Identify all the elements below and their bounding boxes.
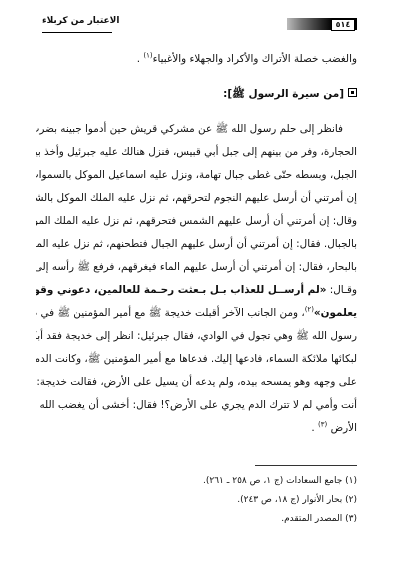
final-text: الأرض — [331, 422, 357, 434]
text-line: بالبحار، فقال: إن أمرتني أن أرسل عليهم ا… — [36, 256, 357, 279]
quote-end-line: يعلمون»(٢)، ومن الجانب الآخر أقبلت خديجة… — [36, 302, 357, 325]
text-line: بالجبال. فقال: إن أمرتني أن أرسل عليهم ا… — [36, 233, 357, 256]
intro-paragraph: والغضب خصلة الأتراك والأكراد والجهلاء وا… — [36, 48, 357, 71]
footnote-2: (٢) بحار الأنوار (ج ١٨، ص ٢٤٣). — [203, 491, 357, 510]
quote-prefix: وقـال: — [326, 284, 357, 296]
book-page: ٥١٤ الاعتبار من كربلاء والغضب خصلة الأتر… — [0, 0, 393, 568]
quote-text: «لم أرســل للعذاب بـل بـعثت رحـمة للعالم… — [36, 284, 326, 296]
text-line: أنت وأمي لم لا تترك الدم يجري على الأرض؟… — [36, 394, 357, 417]
section-marker-icon — [348, 88, 357, 97]
footnotes: (١) جامع السعادات (ج ١، ص ٢٥٨ ـ ٢٦١). (٢… — [203, 472, 357, 529]
running-header: ٥١٤ الاعتبار من كربلاء — [0, 14, 393, 42]
quote-end-rest: ، ومن الجانب الآخر أقبلت خديجة ﷺ مع أمير… — [36, 307, 305, 319]
text-line: لبكائها ملائكة السماء، فادعها إليك. فدعا… — [36, 348, 357, 371]
title-underline — [42, 32, 112, 33]
text-line: الحجارة، وفر من بينهم إلى جبل أبي قبيس، … — [36, 141, 357, 164]
footnote-ref-1[interactable]: (١) — [143, 52, 152, 60]
footnote-1: (١) جامع السعادات (ج ١، ص ٢٥٨ ـ ٢٦١). — [203, 472, 357, 491]
text-line: رسول الله ﷺ وهي تجول في الوادي، فقال جبر… — [36, 325, 357, 348]
page-number: ٥١٤ — [331, 19, 355, 31]
quote-line: وقـال: «لم أرســل للعذاب بـل بـعثت رحـمة… — [36, 279, 357, 302]
footnote-ref-2[interactable]: (٢) — [305, 306, 314, 314]
intro-text: والغضب خصلة الأتراك والأكراد والجهلاء وا… — [153, 53, 357, 65]
footnote-separator — [255, 465, 357, 466]
text-line: إن أمرتني أن أرسل عليهم النجوم لتحرقهم، … — [36, 187, 357, 210]
intro-end: . — [137, 53, 140, 65]
section-heading-text: [من سيرة الرسول ﷺ]: — [223, 88, 344, 100]
text-line: فانظر إلى حلم رسول الله ﷺ عن مشركي قريش … — [36, 118, 357, 141]
text-line: وقال: إن أمرتني أن أرسل عليهم الشمس فتحر… — [36, 210, 357, 233]
quote-end-text: يعلمون» — [314, 307, 357, 319]
book-title: الاعتبار من كربلاء — [42, 16, 119, 26]
section-heading: [من سيرة الرسول ﷺ]: — [223, 88, 357, 103]
footnote-3: (٣) المصدر المتقدم. — [203, 510, 357, 529]
final-end: . — [311, 422, 314, 434]
text-line: الجبل، وبسطه حتّى غطى جبال تهامة، ونزل ع… — [36, 164, 357, 187]
text-line: على وجهه وهو يمسحه بيده، ولم يدعه أن يسي… — [36, 371, 357, 394]
intro-line: والغضب خصلة الأتراك والأكراد والجهلاء وا… — [36, 48, 357, 71]
footnote-ref-3[interactable]: (٣) — [318, 421, 327, 429]
final-line: الأرض (٣) . — [36, 417, 357, 440]
main-paragraph: فانظر إلى حلم رسول الله ﷺ عن مشركي قريش … — [36, 118, 357, 440]
